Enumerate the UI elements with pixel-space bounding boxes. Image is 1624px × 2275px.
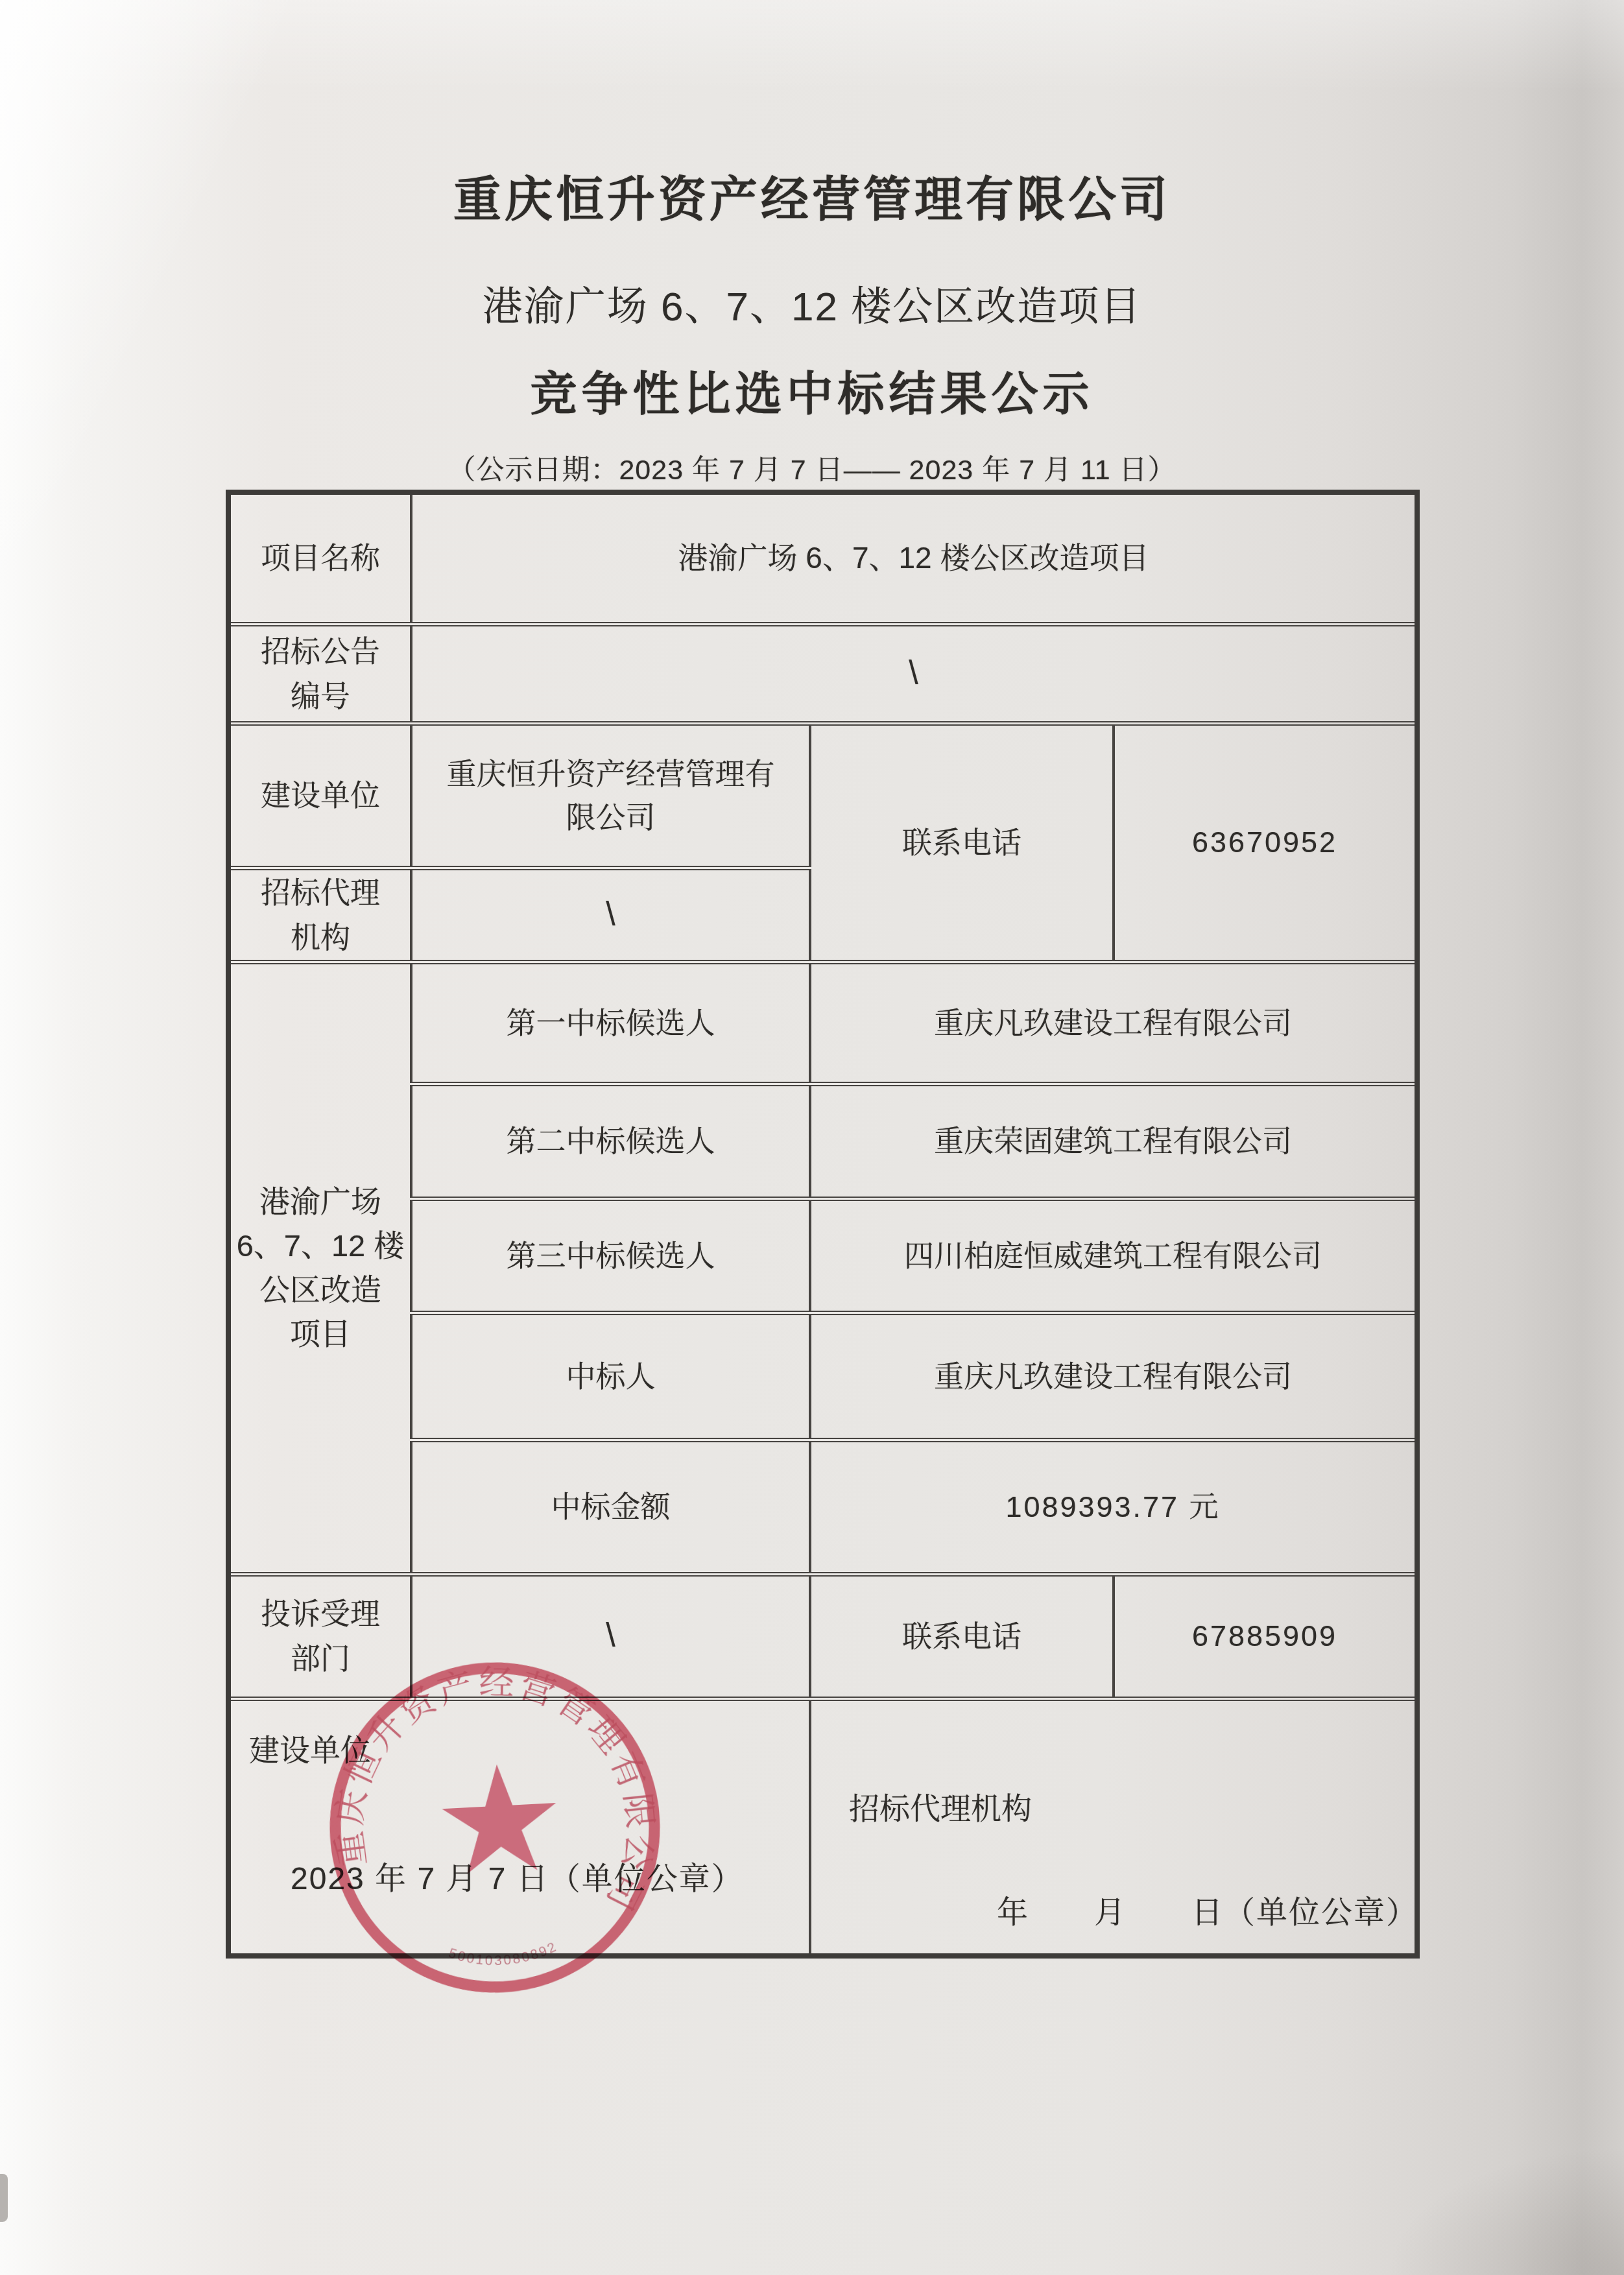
table-row: 项目名称 港渝广场 6、7、12 楼公区改造项目 <box>228 492 1417 624</box>
candidate1-value: 重庆凡玖建设工程有限公司 <box>810 962 1417 1084</box>
company-title: 重庆恒升资产经营管理有限公司 <box>0 170 1624 230</box>
phone-bottom-label: 联系电话 <box>810 1574 1114 1698</box>
amount-value: 1089393.77 元 <box>810 1440 1417 1574</box>
table-row: 建设单位 2023 年 7 月 7 日（单位公章） 招标代理机构 年 月 日（单… <box>228 1698 1417 1956</box>
project-name-label: 项目名称 <box>228 492 411 624</box>
footer-agency-label: 招标代理机构 <box>849 1787 1032 1831</box>
winner-value: 重庆凡玖建设工程有限公司 <box>810 1313 1417 1440</box>
footer-builder-label: 建设单位 <box>249 1728 371 1772</box>
table-row: 港渝广场 6、7、12 楼 公区改造 项目 第一中标候选人 重庆凡玖建设工程有限… <box>228 962 1417 1084</box>
notice-no-label: 招标公告编号 <box>228 624 411 723</box>
table-row: 招标公告编号 \ <box>228 624 1417 723</box>
agency-value: \ <box>411 868 810 962</box>
builder-label: 建设单位 <box>228 723 411 868</box>
winner-label: 中标人 <box>411 1313 810 1440</box>
notice-no-value: \ <box>411 624 1417 723</box>
table-row: 投诉受理部门 \ 联系电话 67885909 <box>228 1574 1417 1698</box>
announcement-title: 竞争性比选中标结果公示 <box>0 366 1624 422</box>
candidate2-label: 第二中标候选人 <box>411 1084 810 1198</box>
amount-label: 中标金额 <box>411 1440 810 1574</box>
builder-value: 重庆恒升资产经营管理有 限公司 <box>411 723 810 868</box>
candidate2-value: 重庆荣固建筑工程有限公司 <box>810 1084 1417 1198</box>
document-header: 重庆恒升资产经营管理有限公司 港渝广场 6、7、12 楼公区改造项目 竞争性比选… <box>0 170 1624 488</box>
complaint-value: \ <box>411 1574 810 1698</box>
paper-edge-mark <box>0 2174 8 2222</box>
project-title: 港渝广场 6、7、12 楼公区改造项目 <box>0 283 1624 331</box>
phone-top-label: 联系电话 <box>810 723 1114 962</box>
phone-top-value: 63670952 <box>1114 723 1417 962</box>
candidate3-value: 四川柏庭恒威建筑工程有限公司 <box>810 1198 1417 1313</box>
table-row: 建设单位 重庆恒升资产经营管理有 限公司 联系电话 63670952 <box>228 723 1417 868</box>
footer-builder-cell: 建设单位 2023 年 7 月 7 日（单位公章） <box>228 1698 810 1956</box>
complaint-label: 投诉受理部门 <box>228 1574 411 1698</box>
footer-agency-date: 年 月 日（单位公章） <box>997 1890 1418 1936</box>
candidate3-label: 第三中标候选人 <box>411 1198 810 1313</box>
bid-result-table: 项目名称 港渝广场 6、7、12 楼公区改造项目 招标公告编号 \ 建设单位 重… <box>226 490 1420 1959</box>
publicity-period: （公示日期：2023 年 7 月 7 日—— 2023 年 7 月 11 日） <box>0 448 1624 488</box>
agency-label: 招标代理机构 <box>228 868 411 962</box>
scanned-document-page: 重庆恒升资产经营管理有限公司 港渝广场 6、7、12 楼公区改造项目 竞争性比选… <box>0 0 1624 2275</box>
candidate1-label: 第一中标候选人 <box>411 962 810 1084</box>
project-group-label: 港渝广场 6、7、12 楼 公区改造 项目 <box>228 962 411 1574</box>
footer-builder-date: 2023 年 7 月 7 日（单位公章） <box>291 1857 744 1902</box>
project-name-value: 港渝广场 6、7、12 楼公区改造项目 <box>411 492 1417 624</box>
footer-agency-cell: 招标代理机构 年 月 日（单位公章） <box>810 1698 1417 1956</box>
phone-bottom-value: 67885909 <box>1114 1574 1417 1698</box>
